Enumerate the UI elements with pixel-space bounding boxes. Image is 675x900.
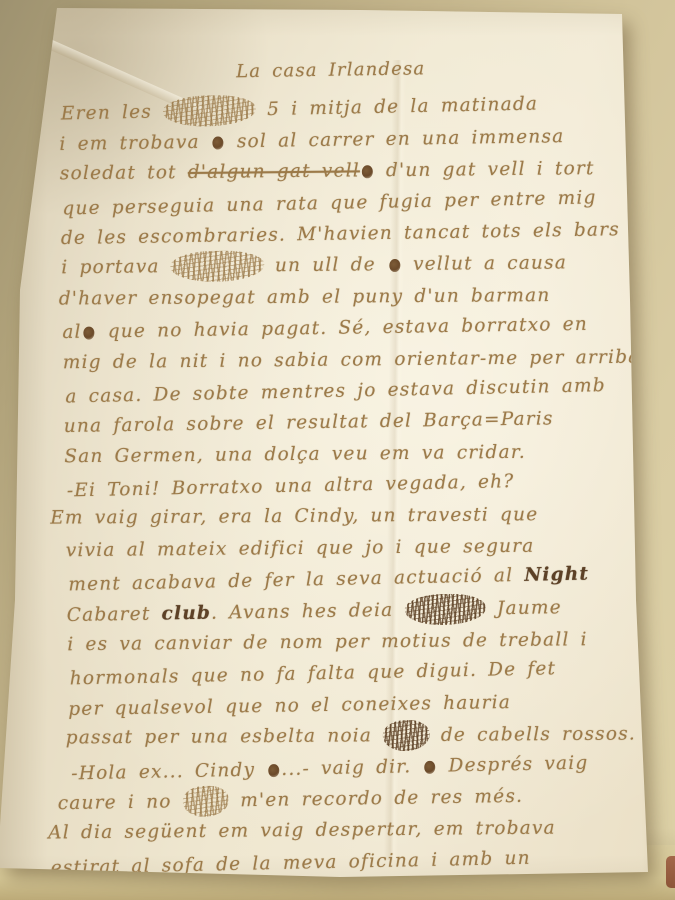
scribbled-out-word: xxxxxxx <box>404 593 486 626</box>
manuscript-lines: Eren les xxxxxxxx 5 i mitja de la matina… <box>59 88 646 882</box>
handwritten-text: a casa. De sobte mentres jo estava discu… <box>65 375 606 407</box>
handwritten-line: Em vaig girar, era la Cindy, un travesti… <box>50 499 637 534</box>
paper-wrapper: La casa Irlandesa Eren les xxxxxxxx 5 i … <box>0 0 675 900</box>
handwritten-text: . Avans hes deia <box>211 599 405 623</box>
handwritten-text: d'un gat vell i tort <box>375 158 595 181</box>
handwritten-text: hormonals que no fa falta que digui. De … <box>70 659 557 690</box>
handwritten-text: que no havia pagat. Sé, estava borratxo … <box>97 314 589 343</box>
handwritten-text: vellut a causa <box>402 253 567 276</box>
handwritten-text: Em vaig girar, era la Cindy, un travesti… <box>50 505 538 529</box>
manuscript-paper: La casa Irlandesa Eren les xxxxxxxx 5 i … <box>0 0 675 900</box>
scribbled-out-word: xxxxxxxx <box>163 95 257 128</box>
ink-blot-icon <box>268 764 279 777</box>
scribbled-out-word: xxxx <box>383 720 430 752</box>
handwritten-text: de les escombraries. M'havien tancat tot… <box>61 219 620 249</box>
handwritten-text: i em trobava <box>59 131 211 154</box>
handwritten-text: i es va canviar de nom per motius de tre… <box>67 629 588 655</box>
handwritten-text: soledat tot <box>60 162 188 184</box>
handwritten-text: d'haver ensopegat amb el puny d'un barma… <box>59 285 551 309</box>
handwritten-text: Després vaig <box>437 752 588 776</box>
handwritten-text: San Germen, una dolça veu em va cridar. <box>64 441 526 466</box>
scribbled-out-word: xxxx <box>182 785 229 817</box>
ink-blot-icon <box>424 760 435 773</box>
ink-blot-icon <box>389 259 400 272</box>
handwritten-text: i portava <box>61 257 171 279</box>
manuscript-title: La casa Irlandesa <box>148 52 513 89</box>
handwritten-text: -Ei Toni! Borratxo una altra vegada, eh? <box>67 471 515 501</box>
handwritten-text: Al dia següent em vaig despertar, em tro… <box>48 818 556 844</box>
crossed-out-text: d'algun gat vell <box>188 161 360 184</box>
handwritten-text: un ull de <box>264 254 387 276</box>
handwritten-text: passat per una esbelta noia <box>66 725 384 748</box>
handwritten-text: Eren les <box>61 102 164 125</box>
handwritten-text: -Hola ex... Cindy <box>71 759 266 784</box>
ink-blot-icon <box>362 165 373 178</box>
handwritten-text: per qualsevol que no el coneixes hauria <box>68 692 511 720</box>
handwritten-text: al <box>62 322 82 343</box>
handwritten-text-dark: Night <box>524 564 589 586</box>
handwritten-text: que perseguia una rata que fugia per ent… <box>62 187 597 219</box>
handwritten-text-dark: club <box>161 602 211 624</box>
handwritten-text: ...- vaig dir. <box>281 756 423 780</box>
handwritten-text: caure i no <box>58 791 183 814</box>
handwritten-text: ment acabava de fer la seva actuació al <box>68 565 524 596</box>
scribbled-out-word: xxxxxxxx <box>171 251 264 283</box>
handwritten-text: Jaume <box>486 597 562 619</box>
handwritten-text: m'en recordo de res més. <box>229 786 523 812</box>
handwritten-line: d'haver ensopegat amb el puny d'un barma… <box>59 279 634 314</box>
handwritten-line: i portava xxxxxxxx un ull de vellut a ca… <box>61 247 636 284</box>
handwritten-text: vivia al mateix edifici que jo i que seg… <box>66 536 535 561</box>
ink-blot-icon <box>213 136 224 149</box>
photo-of-manuscript: La casa Irlandesa Eren les xxxxxxxx 5 i … <box>0 0 675 900</box>
handwritten-text: 5 i mitja de la matinada <box>256 94 538 121</box>
handwritten-text: una farola sobre el resultat del Barça=P… <box>64 409 554 438</box>
handwritten-text: estirat al sofa de la meva oficina i amb… <box>51 848 531 879</box>
handwritten-text: mig de la nit i no sabia com orientar-me… <box>63 346 651 373</box>
ink-blot-icon <box>84 327 95 340</box>
handwritten-text: sol al carrer en una immensa <box>226 126 565 152</box>
handwritten-text: de cabells rossos. <box>430 724 636 746</box>
manuscript-text: La casa Irlandesa Eren les xxxxxxxx 5 i … <box>58 50 646 882</box>
handwritten-text: Cabaret <box>67 603 162 625</box>
